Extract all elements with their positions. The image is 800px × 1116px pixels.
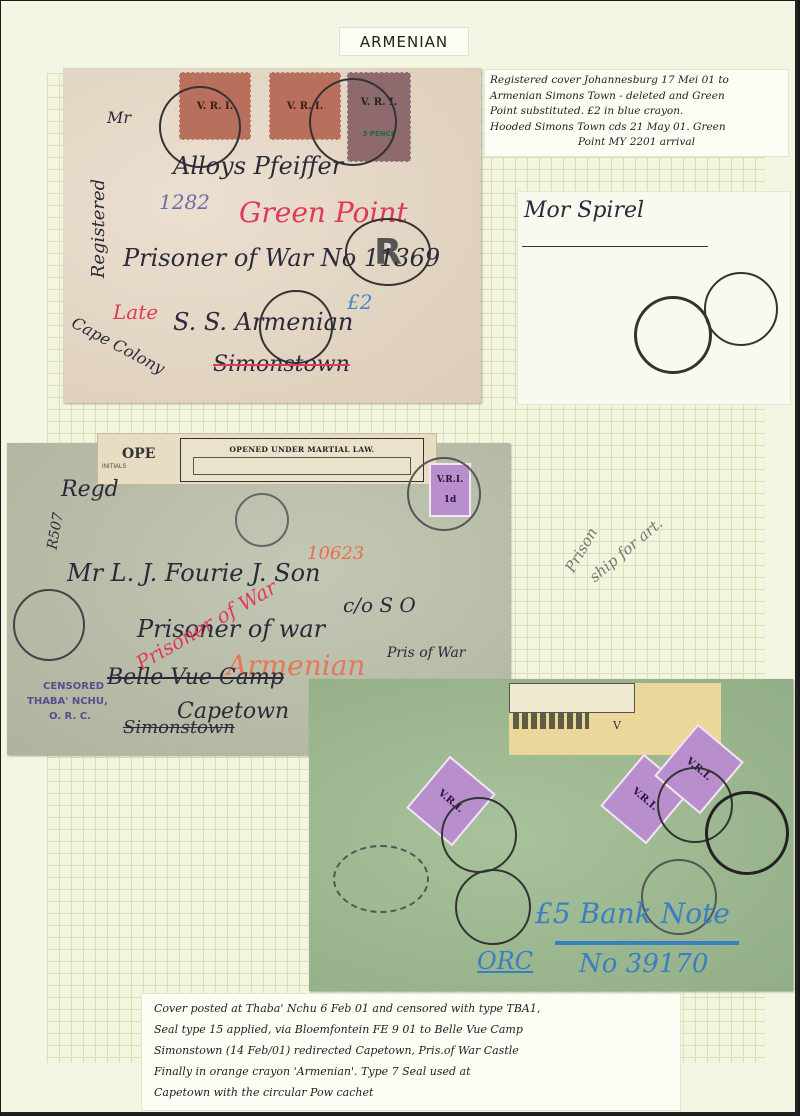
blue-underline bbox=[555, 941, 739, 945]
annotation-number-39170: No 39170 bbox=[579, 949, 708, 979]
annotation-1282: 1282 bbox=[159, 190, 210, 214]
fragment-underline bbox=[522, 246, 708, 247]
annotation-simonstown-deleted: Simonstown bbox=[213, 352, 350, 377]
description-note-cover2: Cover posted at Thaba' Nchu 6 Feb 01 and… bbox=[141, 993, 681, 1111]
annotation-belle-vue-camp: Belle Vue Camp bbox=[107, 665, 284, 690]
cover-back-bank-note: V V.R.I. V.R.I. V.R.I. £5 Bank Note ORC … bbox=[309, 679, 793, 991]
postmark-15-feb bbox=[235, 493, 289, 547]
postmark-simons-town-arrival bbox=[704, 272, 778, 346]
postmark-prisoners-of-war bbox=[705, 791, 789, 875]
cover-back-fragment: Mor Spirel bbox=[517, 191, 791, 405]
annotation-late: Late bbox=[113, 300, 158, 324]
album-page: ARMENIAN V. R. I. V. R. I. V. R. I. 3 PE… bbox=[1, 1, 798, 1115]
page-title: ARMENIAN bbox=[339, 27, 469, 56]
annotation-prisoner-of-war: Prisoner of War No 11369 bbox=[123, 244, 440, 272]
seal-ornament bbox=[513, 713, 589, 729]
postmark-thabanchu bbox=[13, 589, 85, 661]
annotation-addressee: Mr L. J. Fourie J. Son bbox=[67, 559, 320, 587]
annotation-5-pound-bank-note: £5 Bank Note bbox=[535, 897, 730, 930]
annotation-regd: Regd bbox=[61, 477, 119, 502]
annotation-simonstown-deleted: Simonstown bbox=[123, 717, 235, 738]
annotation-r507: R507 bbox=[45, 511, 67, 550]
fragment-name: Mor Spirel bbox=[524, 198, 644, 223]
postmark-simons-town bbox=[455, 869, 531, 945]
annotation-addressee: Alloys Pfeiffer bbox=[173, 152, 343, 180]
annotation-pris-of-war: Pris of War bbox=[387, 645, 466, 661]
postmark-thabanchu-stamp bbox=[407, 457, 481, 531]
censored-thaba-nchu-cachet: CENSORED THABA' NCHU, O. R. C. bbox=[37, 679, 108, 724]
opened-under-martial-law-label: OPENED UNDER MARTIAL LAW. bbox=[180, 438, 424, 482]
annotation-mr: Mr bbox=[107, 108, 131, 127]
annotation-orc: ORC bbox=[477, 947, 533, 975]
postmark-registered-capetown bbox=[333, 845, 429, 913]
censor-label-strip: OPE INITIALS OPENED UNDER MARTIAL LAW. bbox=[97, 433, 437, 485]
postmark-thabanchu bbox=[441, 797, 517, 873]
description-note-cover1: Registered cover Johannesburg 17 Mei 01 … bbox=[484, 69, 789, 157]
postmark-green-point bbox=[634, 296, 712, 374]
annotation-registered: Registered bbox=[88, 179, 109, 278]
cover-registered-johannesburg: V. R. I. V. R. I. V. R. I. 3 PENCE Mr Al… bbox=[63, 68, 481, 403]
annotation-red-number: 10623 bbox=[307, 543, 364, 564]
annotation-co-so: c/o S O bbox=[343, 593, 416, 617]
